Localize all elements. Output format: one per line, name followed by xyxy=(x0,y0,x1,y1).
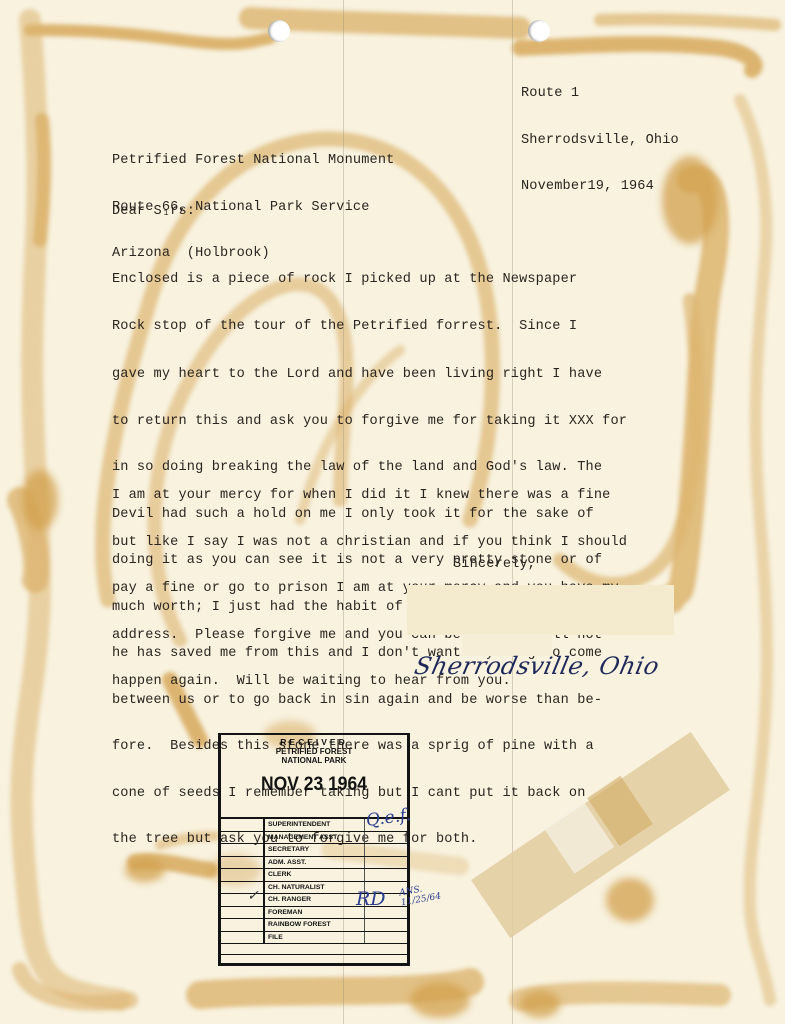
stamp-org-line1: PETRIFIED FOREST xyxy=(221,747,407,756)
recipient-line1: Petrified Forest National Monument xyxy=(112,153,394,169)
routing-row: FILE xyxy=(221,932,407,945)
salutation: Dear S₁rs: xyxy=(112,204,195,220)
stamp-received-label: RECEIVED xyxy=(221,738,407,747)
punch-hole xyxy=(528,20,550,42)
routing-label: RAINBOW FOREST xyxy=(265,919,364,931)
valediction: Sincerely, xyxy=(453,557,536,573)
punch-hole xyxy=(268,20,290,42)
signature-redaction xyxy=(407,585,674,635)
body-line: Enclosed is a piece of rock I picked up … xyxy=(112,272,627,288)
letter-date: November19, 1964 xyxy=(521,179,679,195)
routing-row: SECRETARY xyxy=(221,844,407,857)
stamp-header: RECEIVED PETRIFIED FOREST NATIONAL PARK xyxy=(221,735,407,765)
check-mark-icon: ✓ xyxy=(247,888,259,904)
routing-row: MANAGEMENT ASST. xyxy=(221,832,407,845)
handwritten-place: Sherrodsville, Ohio xyxy=(412,652,662,680)
routing-row: CLERK xyxy=(221,869,407,882)
body-line: to return this and ask you to forgive me… xyxy=(112,414,627,430)
body-line: Rock stop of the tour of the Petrified f… xyxy=(112,319,627,335)
stamp-date: NOV 23 1964 xyxy=(228,774,399,796)
routing-label: ADM. ASST. xyxy=(265,857,364,869)
routing-label: CH. NATURALIST xyxy=(265,882,364,894)
routing-label: CLERK xyxy=(265,869,364,881)
body-line: gave my heart to the Lord and have been … xyxy=(112,367,627,383)
body-line: I am at your mercy for when I did it I k… xyxy=(112,488,627,504)
routing-label: FILE xyxy=(265,932,364,944)
return-address-line2: Sherrodsville, Ohio xyxy=(521,133,679,149)
return-address-line1: Route 1 xyxy=(521,86,679,102)
routing-row: RAINBOW FOREST xyxy=(221,919,407,932)
stamp-org-line2: NATIONAL PARK xyxy=(221,756,407,765)
body-line: but like I say I was not a christian and… xyxy=(112,535,627,551)
routing-label: CH. RANGER xyxy=(265,894,364,906)
received-stamp: RECEIVED PETRIFIED FOREST NATIONAL PARK … xyxy=(218,733,410,966)
routing-label: SUPERINTENDENT xyxy=(265,819,364,831)
routing-label: FOREMAN xyxy=(265,907,364,919)
return-address: Route 1 Sherrodsville, Ohio November19, … xyxy=(521,55,679,226)
ranger-initials: RD xyxy=(356,888,386,910)
routing-label: SECRETARY xyxy=(265,844,364,856)
routing-row: ADM. ASST. xyxy=(221,857,407,870)
routing-label: MANAGEMENT ASST. xyxy=(265,832,364,844)
routing-table: SUPERINTENDENT MANAGEMENT ASST. SECRETAR… xyxy=(221,817,407,955)
routing-blank-row xyxy=(221,944,407,955)
letter-page: Route 1 Sherrodsville, Ohio November19, … xyxy=(0,0,785,1024)
